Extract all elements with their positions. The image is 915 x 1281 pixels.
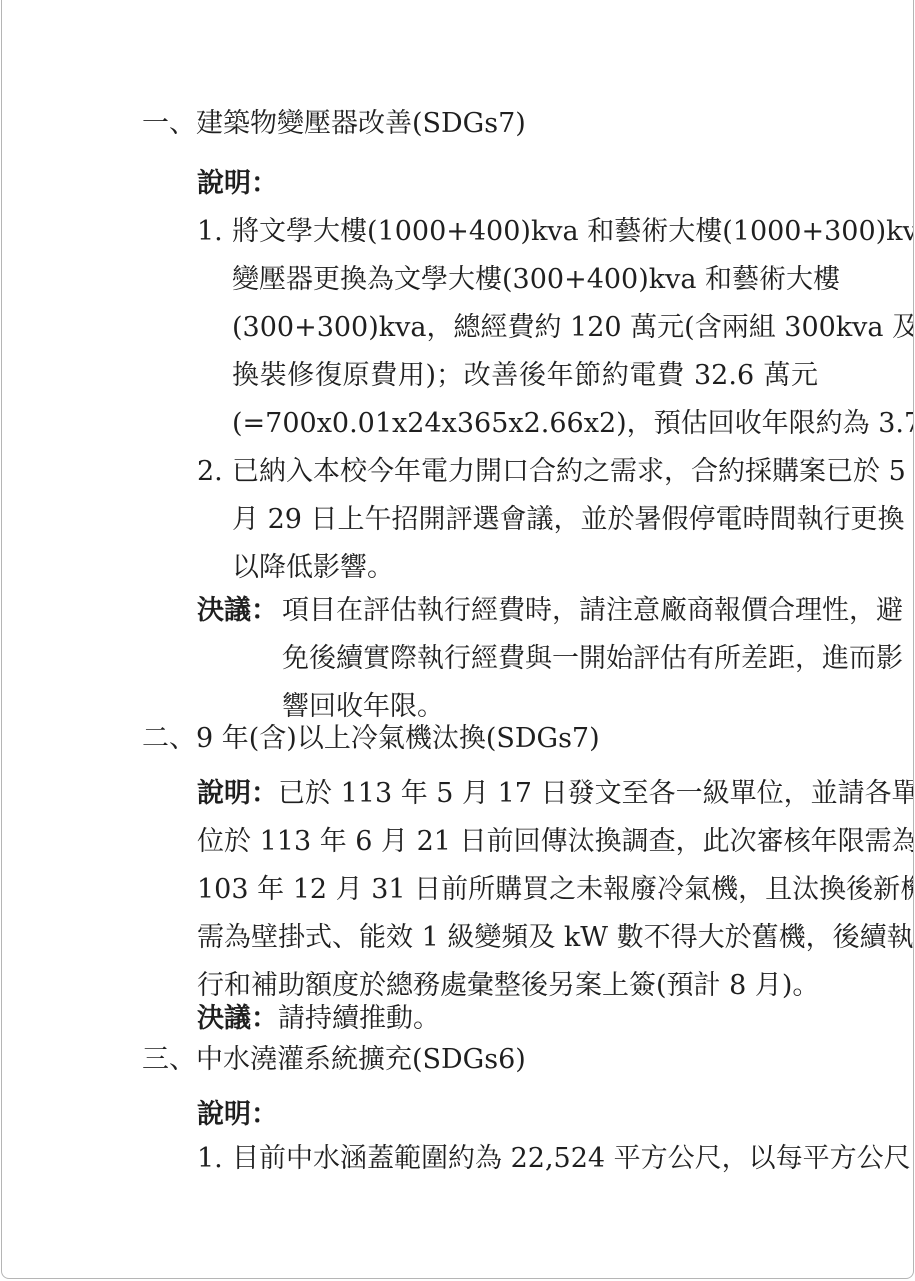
section-1-item-1-line-5: (=700x0.01x24x365x2.66x2)，預估回收年限約為 3.7 年…: [2, 400, 818, 448]
section-1-decision-label: 決議：: [197, 587, 282, 635]
section-1-item-1-line-3: (300+300)kva，總經費約 120 萬元(含兩組 300kva 及汰: [2, 304, 818, 352]
section-2-explanation-line-1: 說明：已於 113 年 5 月 17 日發文至各一級單位，並請各單: [2, 770, 818, 818]
section-2-explanation-line-4: 需為壁掛式、能效 1 級變頻及 kW 數不得大於舊機，後續執: [2, 914, 818, 962]
section-1-decision: 決議： 項目在評估執行經費時，請注意廠商報價合理性，避: [2, 587, 818, 635]
section-1-number: 一、: [142, 100, 196, 148]
section-2-number: 二、: [142, 715, 196, 763]
section-3-item-1-line-1: 目前中水涵蓋範圍約為 22,524 平方公尺，以每平方公尺: [232, 1135, 911, 1183]
section-1-decision-line-2: 免後續實際執行經費與一開始評估有所差距，進而影: [2, 635, 818, 683]
section-2-title: 9 年(含)以上冷氣機汰換(SDGs7): [196, 715, 600, 763]
section-1-heading: 一、 建築物變壓器改善(SDGs7): [2, 100, 818, 148]
section-3-item-1: 1. 目前中水涵蓋範圍約為 22,524 平方公尺，以每平方公尺: [2, 1135, 818, 1183]
section-1-decision-line-1: 項目在評估執行經費時，請注意廠商報價合理性，避: [282, 587, 903, 635]
section-3-title: 中水澆灌系統擴充(SDGs6): [196, 1036, 526, 1084]
section-1-item-1-number: 1.: [197, 208, 232, 256]
section-2-explanation-line-3: 103 年 12 月 31 日前所購買之未報廢冷氣機，且汰換後新機: [2, 866, 818, 914]
section-1-explanation-label: 說明：: [2, 160, 818, 208]
section-1-item-1-line-4: 換裝修復原費用)；改善後年節約電費 32.6 萬元: [2, 352, 818, 400]
section-1-item-2-number: 2.: [197, 448, 232, 496]
section-1-item-2-line-2: 月 29 日上午招開評選會議，並於暑假停電時間執行更換: [2, 496, 818, 544]
section-1-title: 建築物變壓器改善(SDGs7): [196, 100, 526, 148]
section-1-item-2-line-1: 已納入本校今年電力開口合約之需求，合約採購案已於 5: [232, 448, 906, 496]
section-2-decision-label: 決議：: [197, 1003, 278, 1034]
section-2-decision-text: 請持續推動。: [278, 1003, 440, 1034]
section-2-explanation-line-2: 位於 113 年 6 月 21 日前回傳汰換調查，此次審核年限需為: [2, 818, 818, 866]
section-1-item-2: 2. 已納入本校今年電力開口合約之需求，合約採購案已於 5: [2, 448, 818, 496]
section-3-explanation-label: 說明：: [2, 1091, 818, 1139]
section-2-explanation-text-1: 已於 113 年 5 月 17 日發文至各一級單位，並請各單: [278, 778, 914, 809]
section-1-item-1: 1. 將文學大樓(1000+400)kva 和藝術大樓(1000+300)kva…: [2, 208, 818, 256]
section-2-explanation-label: 說明：: [197, 778, 278, 809]
section-3-item-1-number: 1.: [197, 1135, 232, 1183]
section-1-item-1-line-2: 變壓器更換為文學大樓(300+400)kva 和藝術大樓: [2, 256, 818, 304]
section-1-item-2-line-3: 以降低影響。: [2, 544, 818, 592]
section-1-item-1-line-1: 將文學大樓(1000+400)kva 和藝術大樓(1000+300)kva 之: [232, 208, 914, 256]
document-page: 一、 建築物變壓器改善(SDGs7) 說明： 1. 將文學大樓(1000+400…: [1, 0, 914, 1279]
section-2-heading: 二、 9 年(含)以上冷氣機汰換(SDGs7): [2, 715, 818, 763]
section-3-heading: 三、 中水澆灌系統擴充(SDGs6): [2, 1036, 818, 1084]
section-3-number: 三、: [142, 1036, 196, 1084]
document-body: 一、 建築物變壓器改善(SDGs7) 說明： 1. 將文學大樓(1000+400…: [2, 0, 913, 1183]
